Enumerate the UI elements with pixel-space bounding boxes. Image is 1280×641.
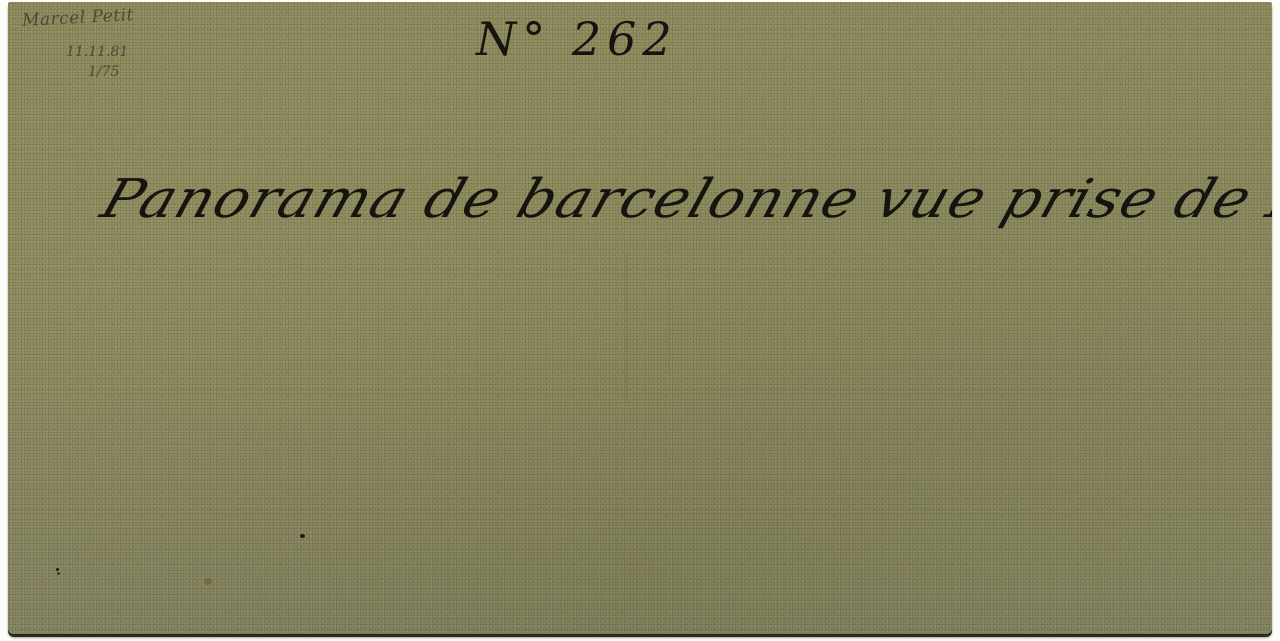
- card-stock: Marcel Petit 11.11.81 1/75 N° 262 Panora…: [8, 2, 1272, 634]
- caption-title: Panorama de barcelonne vue prise de Mont…: [94, 167, 1272, 230]
- paper-stain: [668, 242, 670, 372]
- paper-speck: [300, 534, 305, 538]
- card-number: N° 262: [476, 12, 678, 66]
- pencil-note-name: Marcel Petit: [22, 5, 135, 31]
- paper-stain: [625, 252, 628, 402]
- paper-grain: [8, 2, 1272, 634]
- pencil-note-code: 1/75: [88, 64, 119, 80]
- pencil-note-date: 11.11.81: [66, 44, 128, 60]
- scanned-document: Marcel Petit 11.11.81 1/75 N° 262 Panora…: [0, 0, 1280, 641]
- paper-speck: [56, 568, 59, 571]
- paper-speck: [57, 572, 60, 575]
- paper-speck: [204, 578, 212, 585]
